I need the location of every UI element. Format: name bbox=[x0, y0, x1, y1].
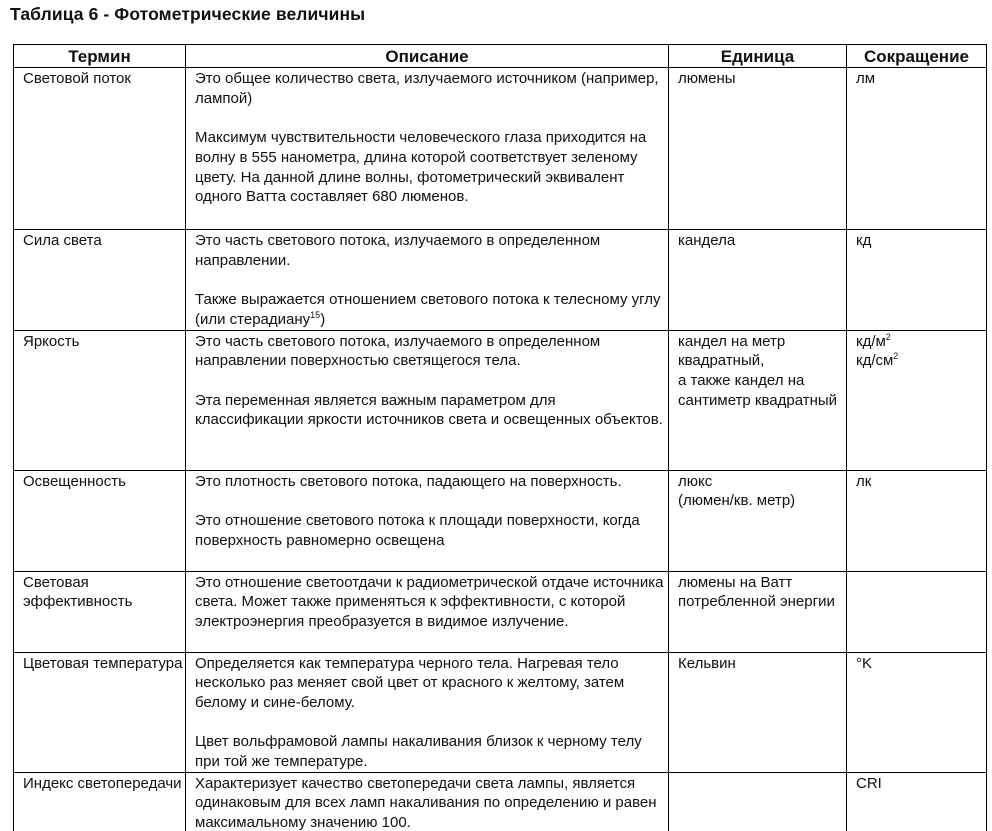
cell-abbreviation: CRI bbox=[847, 772, 987, 831]
table-row: Сила света Это часть светового потока, и… bbox=[14, 230, 987, 331]
cell-term: Яркость bbox=[14, 330, 186, 470]
cell-term: Цветовая температура bbox=[14, 652, 186, 772]
abbreviation-base: кд/см bbox=[856, 352, 893, 369]
abbreviation-exponent: 2 bbox=[893, 351, 898, 361]
header-description: Описание bbox=[186, 45, 669, 68]
photometric-quantities-table: Термин Описание Единица Сокращение Свето… bbox=[13, 44, 987, 831]
header-term: Термин bbox=[14, 45, 186, 68]
table-title: Таблица 6 - Фотометрические величины bbox=[10, 4, 365, 25]
footnote-reference[interactable]: 15 bbox=[310, 310, 320, 320]
cell-unit: Кельвин bbox=[669, 652, 847, 772]
description-paragraph: Также выражается отношением светового по… bbox=[195, 290, 668, 329]
cell-abbreviation: лк bbox=[847, 470, 987, 571]
description-paragraph: Это плотность светового потока, падающег… bbox=[195, 472, 668, 492]
cell-abbreviation: кд bbox=[847, 230, 987, 331]
cell-term: Освещенность bbox=[14, 470, 186, 571]
cell-term: Световой поток bbox=[14, 68, 186, 230]
description-paragraph: Это часть светового потока, излучаемого … bbox=[195, 332, 668, 371]
unit-line: (люмен/кв. метр) bbox=[678, 491, 846, 511]
cell-unit: люмены bbox=[669, 68, 847, 230]
abbreviation-line: кд/м2 bbox=[856, 332, 986, 352]
table-row: Световая эффективность Это отношение све… bbox=[14, 571, 987, 652]
cell-description: Это часть светового потока, излучаемого … bbox=[186, 330, 669, 470]
cell-description: Это плотность светового потока, падающег… bbox=[186, 470, 669, 571]
description-paragraph: Это часть светового потока, излучаемого … bbox=[195, 231, 668, 270]
unit-line: люкс bbox=[678, 472, 846, 492]
description-paragraph: Это общее количество света, излучаемого … bbox=[195, 69, 668, 108]
description-paragraph: Это отношение светового потока к площади… bbox=[195, 511, 668, 550]
table-row: Цветовая температура Определяется как те… bbox=[14, 652, 987, 772]
cell-description: Это общее количество света, излучаемого … bbox=[186, 68, 669, 230]
table-row: Освещенность Это плотность светового пот… bbox=[14, 470, 987, 571]
description-paragraph: Определяется как температура черного тел… bbox=[195, 654, 668, 713]
table-row: Индекс светопередачи Характеризует качес… bbox=[14, 772, 987, 831]
table-header-row: Термин Описание Единица Сокращение bbox=[14, 45, 987, 68]
cell-description: Это часть светового потока, излучаемого … bbox=[186, 230, 669, 331]
unit-line: кандел на метр квадратный, bbox=[678, 332, 846, 371]
abbreviation-exponent: 2 bbox=[886, 332, 891, 342]
cell-unit: кандела bbox=[669, 230, 847, 331]
header-abbreviation: Сокращение bbox=[847, 45, 987, 68]
cell-description: Характеризует качество светопередачи све… bbox=[186, 772, 669, 831]
table-row: Яркость Это часть светового потока, излу… bbox=[14, 330, 987, 470]
cell-unit: кандел на метр квадратный, а также канде… bbox=[669, 330, 847, 470]
cell-description: Это отношение светоотдачи к радиометриче… bbox=[186, 571, 669, 652]
cell-abbreviation: °K bbox=[847, 652, 987, 772]
description-paragraph: Это отношение светоотдачи к радиометриче… bbox=[195, 573, 668, 632]
unit-line: а также кандел на сантиметр квадратный bbox=[678, 371, 846, 410]
description-paragraph: Максимум чувствительности человеческого … bbox=[195, 128, 668, 207]
cell-term: Сила света bbox=[14, 230, 186, 331]
cell-term: Световая эффективность bbox=[14, 571, 186, 652]
table-row: Световой поток Это общее количество свет… bbox=[14, 68, 987, 230]
cell-term: Индекс светопередачи bbox=[14, 772, 186, 831]
description-paragraph: Цвет вольфрамовой лампы накаливания близ… bbox=[195, 732, 668, 771]
cell-unit bbox=[669, 772, 847, 831]
header-unit: Единица bbox=[669, 45, 847, 68]
cell-unit: люмены на Ватт потребленной энергии bbox=[669, 571, 847, 652]
description-paragraph: Характеризует качество светопередачи све… bbox=[195, 774, 668, 831]
cell-abbreviation: лм bbox=[847, 68, 987, 230]
description-text-tail: ) bbox=[320, 311, 325, 328]
abbreviation-base: кд/м bbox=[856, 333, 886, 350]
abbreviation-line: кд/см2 bbox=[856, 351, 986, 371]
description-paragraph: Эта переменная является важным параметро… bbox=[195, 391, 668, 430]
cell-abbreviation bbox=[847, 571, 987, 652]
cell-unit: люкс (люмен/кв. метр) bbox=[669, 470, 847, 571]
description-text: Также выражается отношением светового по… bbox=[195, 291, 661, 328]
cell-description: Определяется как температура черного тел… bbox=[186, 652, 669, 772]
cell-abbreviation: кд/м2 кд/см2 bbox=[847, 330, 987, 470]
